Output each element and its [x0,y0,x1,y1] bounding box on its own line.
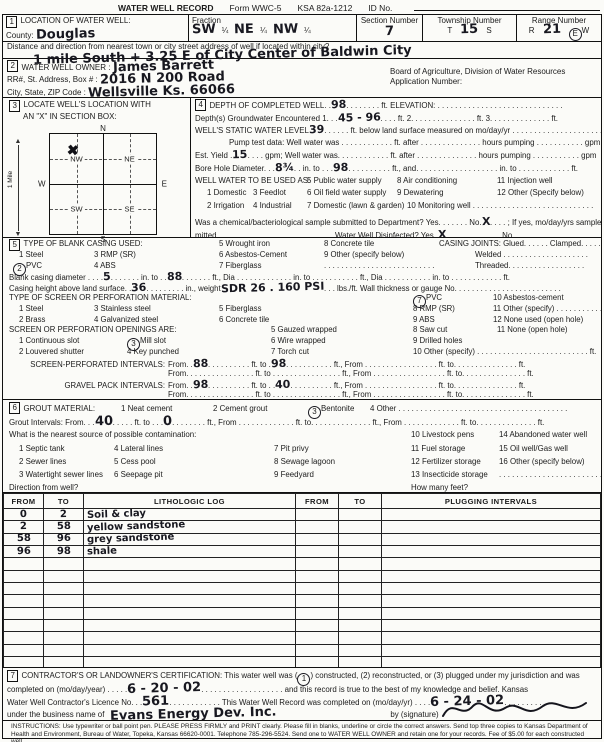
lithologic-log-table: FROM TO LITHOLOGIC LOG FROM TO PLUGGING … [3,493,601,668]
bore-hole-mid: . . in. to . . . [294,164,333,173]
gp-to-value: 40 [275,379,291,390]
lithologic-log-header: LITHOLOGIC LOG [84,494,296,509]
from-cell [4,558,44,570]
id-label: ID No. [368,3,392,13]
section-7-badge: 7 [7,670,18,682]
option-screen-concrete-tile: 6 Concrete tile [219,315,413,326]
form-body: 1LOCATION OF WATER WELL: County: Douglas… [2,14,602,739]
log-table-row [4,620,601,632]
option-oil-field: 6 Oil field water supply [307,187,397,200]
quadrant-se-label: SE [122,204,136,213]
from-cell [296,607,339,619]
log-table-row [4,644,601,656]
from-cell [4,583,44,595]
option-torch-cut: 7 Torch cut [271,347,413,358]
disinfected-no-label: No [502,230,512,237]
fraction-cell: Fraction SW¼ NE¼ NW¼ [189,15,357,41]
section-number-value: 7 [385,25,394,38]
locate-title-2: AN "X" IN SECTION BOX: [9,112,190,121]
depth-value: 2 [20,522,27,532]
arrow-down-icon: ▼ [15,231,22,238]
option-none-open-hole: 12 None used (open hole) [493,315,583,326]
from-cell [4,570,44,582]
option-screen-asbestos: 10 Asbestos-cement [493,293,564,304]
disinfected-label: Water Well Disinfected? Yes [335,230,434,237]
quarter-symbol: ¼ [222,26,229,35]
to-cell [339,644,382,656]
option-insecticide-storage: 13 Insecticide storage [411,468,499,481]
bore-hole-cont: . . . . . . . . . . ft., and. . . . . . … [348,164,578,173]
center-horizontal-line [50,184,156,185]
log-table-row [4,607,601,619]
to-cell [339,657,382,668]
casing-diameter-value: 5 [103,271,111,282]
plugging-intervals-cell [382,644,601,656]
depth-line: DEPTH OF COMPLETED WELL. . [209,101,330,110]
to-cell [339,533,382,545]
from-cell [4,632,44,644]
option-cess-pool: 5 Cess pool [114,455,274,468]
depth-value: 2 [60,510,67,520]
to-cell [44,620,84,632]
section-locate-box: 3LOCATE WELL'S LOCATION WITH AN "X" IN S… [3,98,191,237]
option-cement-grout: 2 Cement grout [213,402,308,415]
from-cell [4,595,44,607]
threaded-label: Threaded. . . . . . . . . . . . . . . . … [439,261,584,272]
option-rmp: 3 RMP (SR) [94,250,219,261]
option-feedlot: 3 Feedlot [253,187,307,200]
township-cell: Township Number T15S [423,15,517,41]
gp-blank-interval: From. . . . . . . . . . . . . . . . ft. … [168,390,534,400]
option-steel: 1 Steel [19,250,94,261]
option-public-water-supply: 5 Public water supply [307,175,397,188]
west-label: W [38,179,46,188]
to-cell [44,558,84,570]
option-seepage-pit: 6 Seepage pit [114,468,274,481]
section-box-diagram: NW NE SW SE ✖ N S W E [49,133,157,235]
board-of-agriculture-text: Board of Agriculture, Division of Water … [390,67,601,77]
option-watertight-sewer: 3 Watertight sewer lines [19,468,114,481]
option-other-use: 12 Other (Specify below) [497,187,584,200]
section-2-badge: 2 [7,60,18,72]
mile-label: 1 Mile [7,171,14,188]
option-screen-other: 11 Other (specify) . . . . . . . . . . .… [493,304,601,315]
blank-dots: . . . . . . . . . . . . . . . . . . . . … [324,261,439,272]
lithologic-log-cell [84,558,296,570]
depth-value: 96 [56,534,70,544]
option-feedyard: 9 Feedyard [274,468,411,481]
lithologic-log-cell [84,644,296,656]
from-cell: 58 [4,533,44,545]
range-cell: Range Number R21EW [517,15,601,41]
licence-number-value: 561 [142,694,169,708]
option-openings-other: 10 Other (specify) . . . . . . . . . . .… [413,347,596,358]
option-livestock-pens: 10 Livestock pens [411,428,499,441]
option-injection-well: 11 Injection well [497,175,553,188]
water-well-record-form: WATER WELL RECORD Form WWC-5 KSA 82a-121… [0,0,604,742]
to-cell: 2 [44,509,84,521]
option-gauzed-wrapped: 5 Gauzed wrapped [271,325,413,336]
welded-label: Welded . . . . . . . . . . . . . . . . .… [439,250,588,261]
option-none-open: 11 None (open hole) [497,325,568,336]
mitted-continuation: mitted [195,230,335,237]
option-air-conditioning: 8 Air conditioning [397,175,497,188]
option-fuel-storage: 11 Fuel storage [411,442,499,455]
option-pvc: PVC [26,261,42,270]
log-table-row [4,657,601,668]
section-3-badge: 3 [9,100,20,112]
grout-title: GROUT MATERIAL: [23,404,95,413]
log-table-body: 02Soil & clay258yellow sandstone5896grey… [4,509,601,669]
lithology-value: grey sandstone [87,533,175,546]
log-table-row [4,558,601,570]
option-lateral-lines: 4 Lateral lines [114,442,274,455]
option-screen-abs: 9 ABS [413,315,493,326]
lithologic-log-cell: Soil & clay [84,509,296,521]
contam-other-dots: . . . . . . . . . . . . . . . . . . . . … [499,468,601,481]
lithologic-log-cell: grey sandstone [84,533,296,545]
quadrant-sw-label: SW [68,204,84,213]
plugging-intervals-cell [382,558,601,570]
depth-value: 96 [16,547,30,557]
option-screen-pvc: PVC [426,293,442,302]
from-cell [296,657,339,668]
county-value: Douglas [36,27,96,42]
from-cell [296,595,339,607]
grout-to-value: 0 [163,415,172,428]
from-cell [296,620,339,632]
to-cell [44,570,84,582]
plugging-intervals-cell [382,570,601,582]
to-cell [44,632,84,644]
option-monitoring-well: 10 Monitoring well . . . . . . . . . . .… [407,200,593,213]
used-as-label: WELL WATER TO BE USED AS: [195,175,307,188]
licence-label: Water Well Contractor's Licence No. . . [7,698,142,707]
from-cell [296,521,339,533]
certification-line-1-cont: ) constructed, (2) reconstructed, or (3)… [310,671,579,680]
to-cell [44,583,84,595]
section-depth: 4DEPTH OF COMPLETED WELL. .98. . . . . .… [191,98,601,237]
section-owner: 2WATER WELL OWNER : James Barrett RR#, S… [3,59,601,98]
section-certification: 7CONTRACTOR'S OR LANDOWNER'S CERTIFICATI… [3,668,601,721]
option-oil-gas-well: 15 Oil well/Gas well [499,442,568,455]
option-screen-rmp: 8 RMP (SR) [413,304,493,315]
arrow-up-icon: ▲ [15,138,22,145]
quarter-symbol: ¼ [260,26,267,35]
location-title: LOCATION OF WATER WELL: [20,16,130,25]
to-cell [339,558,382,570]
section-1-badge: 1 [6,16,17,28]
log-table-row [4,632,601,644]
mile-line [18,145,19,231]
option-wire-wrapped: 6 Wire wrapped [271,336,413,347]
option-screen-steel: 1 Steel [19,304,94,315]
business-name-label: under the business name of [7,709,104,721]
form-number: Form WWC-5 [230,3,282,13]
instructions-text: INSTRUCTIONS: Use typewriter or ball poi… [3,721,601,742]
id-blank-line [414,10,600,11]
option-industrial: 4 Industrial [253,200,307,213]
to-cell: 96 [44,533,84,545]
option-louvered-shutter: 2 Louvered shutter [19,347,127,358]
plugging-intervals-cell [382,657,601,668]
to-cell [339,509,382,521]
completed-on-label: completed on (mo/day/year) . . . . . [7,685,127,694]
casing-joints-label: CASING JOINTS: Glued. . . . . . Clamped.… [439,239,601,250]
gravel-pack-intervals-label: GRAVEL PACK INTERVALS: [9,381,168,392]
section-grout: 6GROUT MATERIAL:1 Neat cement2 Cement gr… [3,400,601,493]
from-cell [296,533,339,545]
lithology-value: Soil & clay [87,509,146,521]
lithologic-log-cell [84,620,296,632]
bore-depth-value: 98 [333,162,349,173]
option-concrete-tile: 8 Concrete tile [324,239,439,250]
how-many-feet-label: How many feet? [411,481,468,493]
lithologic-log-cell [84,657,296,668]
form-header: WATER WELL RECORD Form WWC-5 KSA 82a-121… [0,0,604,13]
plugging-intervals-cell [382,595,601,607]
groundwater-value: 45 - 96 [337,111,380,123]
sp-from-value: 88 [193,358,209,369]
to-cell [339,583,382,595]
plugging-intervals-cell [382,546,601,558]
option-screen-fiberglass: 5 Fiberglass [219,304,413,315]
plugging-intervals-cell [382,509,601,521]
from-cell [4,657,44,668]
to-header: TO [339,494,382,509]
option-abandoned-well: 14 Abandoned water well [499,428,587,441]
option-saw-cut: 8 Saw cut [413,325,497,336]
from-cell [296,546,339,558]
city-label: City, State, ZIP Code : [7,88,86,97]
to-cell [339,620,382,632]
section-number-cell: Section Number 7 [357,15,423,41]
option-wrought-iron: 5 Wrought iron [219,239,324,250]
range-value: 21 [542,23,560,36]
to-cell [339,595,382,607]
fraction-2-value: NE [234,23,254,37]
static-level-value: 39 [309,124,325,135]
casing-height-value: 36 [131,282,147,293]
to-cell [339,632,382,644]
from-cell [4,644,44,656]
option-abs: 4 ABS [94,261,219,272]
to-cell [44,595,84,607]
groundwater-line-cont: . . . . ft. 2. . . . . . . . . . . . . .… [380,114,558,123]
est-yield-value: 15 [232,149,248,160]
bore-diameter-value: 8¾ [275,162,294,173]
option-grout-other: 4 Other . . . . . . . . . . . . . . . . … [370,402,567,415]
application-number-label: Application Number: [390,77,601,87]
option-domestic: 1 Domestic [207,187,253,200]
casing-weight-value: SDR 26 . 160 PSI [221,281,325,295]
option-dewatering: 9 Dewatering [397,187,497,200]
option-galvanized-steel: 4 Galvanized steel [94,315,219,326]
log-table-row [4,583,601,595]
static-level-label: WELL'S STATIC WATER LEVEL [195,126,309,135]
quadrant-ne-label: NE [122,154,136,163]
gp-from-value: 98 [193,379,209,390]
location-cell: 1LOCATION OF WATER WELL: County: Douglas [3,15,189,41]
county-label: County: [6,31,34,40]
to-header: TO [44,494,84,509]
sp-blank-interval: From. . . . . . . . . . . . . . . . ft. … [168,369,534,380]
from-cell [296,509,339,521]
to-cell [339,570,382,582]
depth-value: 98 [331,99,347,110]
from-cell: 96 [4,546,44,558]
section-5-badge: 5 [9,239,20,251]
depth-value: 58 [56,522,70,532]
log-table-row: 02Soil & clay [4,509,601,521]
to-cell [44,657,84,668]
depth-value: 58 [16,534,30,544]
fraction-3-value: NW [273,23,299,37]
to-cell [339,607,382,619]
lithologic-log-cell [84,570,296,582]
plugging-intervals-cell [382,632,601,644]
section-4-badge: 4 [195,99,206,111]
range-r: R [529,26,535,35]
lithologic-log-cell [84,632,296,644]
option-sewage-lagoon: 8 Sewage lagoon [274,455,411,468]
option-fertilizer-storage: 12 Fertilizer storage [411,455,499,468]
log-table-row: 5896grey sandstone [4,533,601,545]
section-casing: 5TYPE OF BLANK CASING USED:5 Wrought iro… [3,238,601,400]
option-continuous-slot: 1 Continuous slot [19,336,127,347]
option-irrigation: 2 Irrigation [207,200,253,213]
direction-from-well-label: Direction from well? [9,481,411,493]
option-septic-tank: 1 Septic tank [19,442,114,455]
option-pit-privy: 7 Pit privy [274,442,411,455]
from-cell [296,583,339,595]
option-other-casing: 9 Other (specify below) [324,250,439,261]
from-cell [4,607,44,619]
screen-perforated-intervals-label: SCREEN-PERFORATED INTERVALS: [9,360,168,371]
well-location-x-mark: ✖ [66,141,79,159]
to-cell [339,546,382,558]
sample-question-cont: . . . . ; If yes, mo/day/yrs sample was … [490,218,601,227]
section-6-badge: 6 [9,402,20,414]
range-w: W [582,26,590,35]
log-table-header-row: FROM TO LITHOLOGIC LOG FROM TO PLUGGING … [4,494,601,509]
casing-height-cont: . . . lbs./ft. Wall thickness or gauge N… [324,284,561,293]
township-s: S [486,26,491,35]
log-table-row: 258yellow sandstone [4,521,601,533]
from-cell: 0 [4,509,44,521]
to-cell: 98 [44,546,84,558]
north-label: N [100,124,106,133]
township-value: 15 [460,23,478,36]
township-t: T [447,26,452,35]
plugging-intervals-cell [382,521,601,533]
from-cell [296,558,339,570]
from-cell [4,620,44,632]
lithologic-log-cell: shale [84,546,296,558]
option-fiberglass: 7 Fiberglass [219,261,324,272]
lithologic-log-cell [84,607,296,619]
lithology-value: shale [87,546,117,557]
quarter-symbol: ¼ [304,26,311,35]
plugging-intervals-cell [382,620,601,632]
locate-title-1: LOCATE WELL'S LOCATION WITH [23,100,150,109]
log-table-row [4,595,601,607]
from-header: FROM [4,494,44,509]
option-bentonite: Bentonite [321,404,354,413]
casing-title: TYPE OF BLANK CASING USED: [23,239,142,248]
to-cell: 58 [44,521,84,533]
depth-value: 0 [20,510,27,520]
to-cell [44,607,84,619]
depth-value: 98 [56,547,70,557]
from-header: FROM [296,494,339,509]
bore-hole-label: Bore Hole Diameter. . . [195,164,275,173]
screen-material-title: TYPE OF SCREEN OR PERFORATION MATERIAL: [9,293,413,304]
to-cell [44,644,84,656]
casing-depth-value: 88 [166,271,182,282]
statute-ref: KSA 82a-1212 [297,3,352,13]
est-yield-cont: . . . . gpm; Well water was. . . . . . .… [248,151,597,160]
owner-label: WATER WELL OWNER : [21,63,110,72]
grout-from-value: 40 [94,415,112,428]
to-cell [339,521,382,533]
option-drilled-holes: 9 Drilled holes [413,336,462,347]
plugging-intervals-cell [382,533,601,545]
lithologic-log-cell [84,595,296,607]
disinfected-x-mark: X [438,229,447,237]
grout-mid: . . . . . ft. to . . . [113,418,163,427]
blank-casing-diameter-label: Blank casing diameter . . . . [9,273,103,282]
plugging-intervals-cell [382,607,601,619]
pump-test-line: Pump test data: Well water was . . . . .… [195,137,599,150]
east-label: E [162,179,167,188]
sp-to-value: 98 [271,358,287,369]
option-stainless-steel: 3 Stainless steel [94,304,219,315]
grout-cont: . . . . . . . . ft., From . . . . . . . … [172,418,544,427]
from-cell [296,570,339,582]
groundwater-line: Depth(s) Groundwater Encountered 1. . . [195,114,338,123]
casing-height-label: Casing height above land surface. . [9,284,131,293]
form-title: WATER WELL RECORD [118,3,214,13]
section-location: 1LOCATION OF WATER WELL: County: Douglas… [3,15,601,59]
est-yield-label: Est. Yield . [195,151,232,160]
log-table-row: 9698shale [4,546,601,558]
from-cell [296,644,339,656]
section-location-box-and-depth: 3LOCATE WELL'S LOCATION WITH AN "X" IN S… [3,98,601,238]
log-table-row [4,570,601,582]
depth-line-cont: . . . . . . . . ft. ELEVATION: . . . . .… [346,101,562,110]
contamination-question: What is the nearest source of possible c… [9,428,411,441]
certification-line-1: CONTRACTOR'S OR LANDOWNER'S CERTIFICATIO… [21,671,297,680]
lithologic-log-cell [84,583,296,595]
signature-scribble [439,694,589,722]
sample-question: Was a chemical/bacteriological sample su… [195,218,482,227]
plugging-intervals-cell [382,583,601,595]
from-cell [296,632,339,644]
option-brass: 2 Brass [19,315,94,326]
sample-no-x-mark: X [481,216,490,227]
casing-height-mid: . . . . . . . . . in., weight [147,284,221,293]
static-level-cont: . . . . . . ft. below land surface measu… [324,126,601,135]
address-label: RR#, St. Address, Box # : [7,75,98,84]
by-signature-label: by (signature) [390,709,438,721]
option-domestic-lawn: 7 Domestic (lawn & garden) [307,200,407,213]
casing-diameter-cont: . . . . . . . ft., Dia . . . . . . . . .… [182,273,510,282]
option-sewer-lines: 2 Sewer lines [19,455,114,468]
fraction-1-value: SW [192,23,216,37]
option-asbestos-cement: 6 Asbestos-Cement [219,250,324,261]
option-contam-other: 16 Other (specify below) [499,455,585,468]
